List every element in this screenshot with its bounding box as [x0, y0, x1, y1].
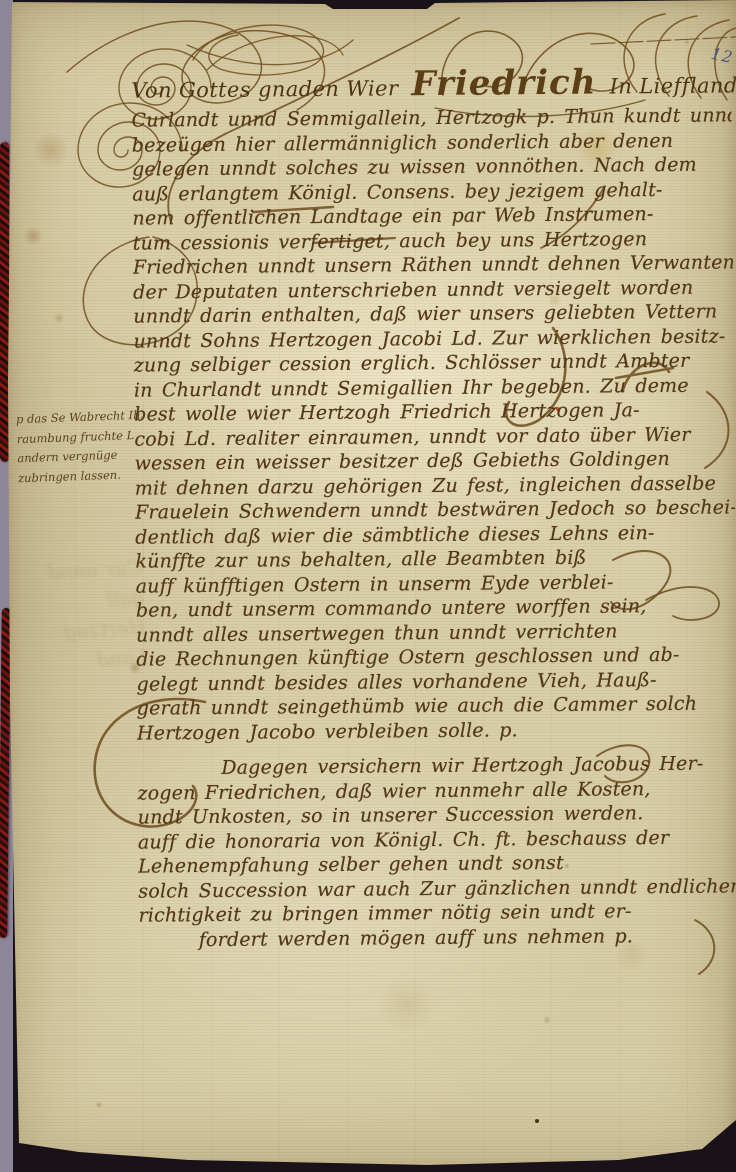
ink-speck: [535, 1119, 539, 1123]
text-line: fordert werden mögen auff uns nehmen p.: [139, 923, 736, 953]
text-line: auff die honoraria von Königl. Ch. ft. b…: [138, 825, 736, 855]
manuscript-text-block: Von Gottes gnaden Wier Friedrich In Lief…: [131, 61, 736, 952]
text-line: ben, undt unserm commando untere worffen…: [136, 593, 736, 623]
heading-line: Von Gottes gnaden Wier Friedrich In Lief…: [131, 61, 731, 108]
margin-note-line: zubringen lassen.: [18, 464, 145, 488]
heading-pre: Von Gottes gnaden Wier: [131, 76, 398, 102]
text-line: solch Succession war auch Zur gänzlichen…: [138, 874, 736, 904]
verso-show-through: Cur unnd gall Hertzog Land: [22, 552, 148, 678]
text-line: Hertzogen Jacobo verbleiben solle. p.: [137, 716, 736, 746]
text-line: zogen Friedrichen, daß wier nunmehr alle…: [137, 776, 736, 806]
heading-ducal-name: Friedrich: [403, 63, 604, 105]
text-line: in Churlandt unndt Semigallien Ihr begeb…: [134, 373, 734, 403]
margin-annotation: p das Se Wabrecht Ihr raumbung fruchte L…: [16, 406, 145, 488]
binding-cord-upper: [0, 142, 9, 462]
paragraph-2: Dagegen versichern wir Hertzogh Jacobus …: [137, 751, 736, 952]
text-line: dentlich daß wier die sämbtliche dieses …: [135, 520, 735, 550]
manuscript-scan: Cur unnd gall Hertzog Land: [0, 0, 736, 1172]
manuscript-page: Cur unnd gall Hertzog Land: [7, 0, 736, 1172]
text-line: gerath unndt seingethümb wie auch die Ca…: [137, 691, 736, 721]
binding-cord-lower: [0, 608, 11, 938]
flourish-ruled-line: [591, 37, 736, 44]
paragraph-1: Curlandt unnd Semmigallein, Hertzogk p. …: [132, 103, 736, 745]
heading-post: In Liefflandt zue: [609, 73, 736, 99]
flourish-knot-3: [187, 40, 353, 65]
